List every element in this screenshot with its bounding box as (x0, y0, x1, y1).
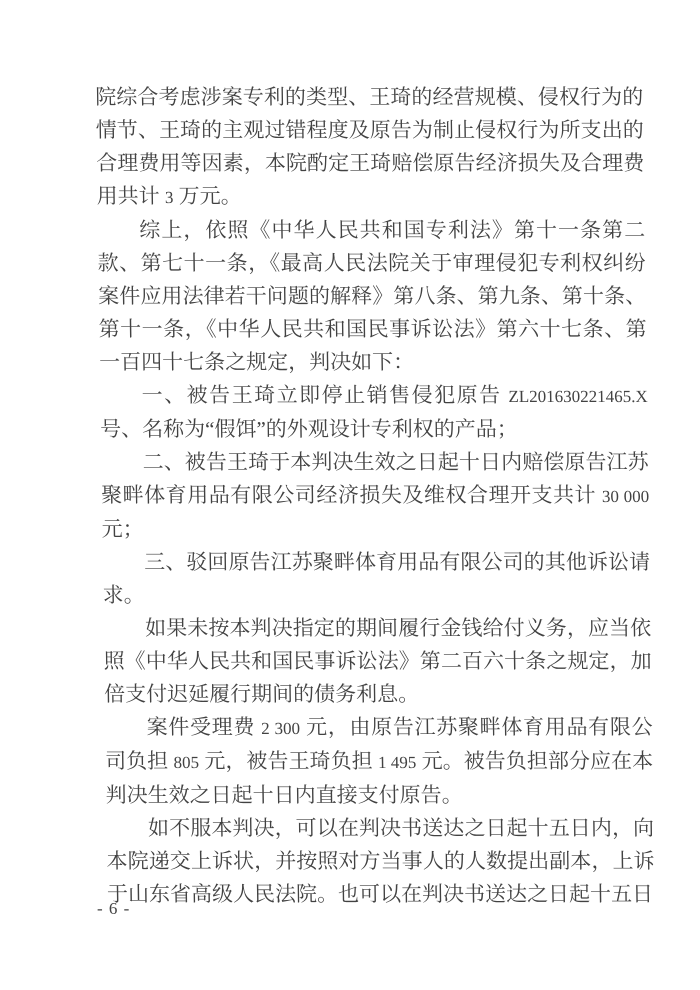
latin-run: 2 300 (261, 719, 300, 738)
paragraph: 案件受理费 2 300 元，由原告江苏聚畔体育用品有限公司负担 805 元，被告… (104, 711, 653, 812)
judgment-text-block: 院综合考虑涉案专利的类型、王琦的经营规模、侵权行为的情节、王琦的主观过错程度及原… (95, 81, 655, 911)
paragraph: 如不服本判决，可以在判决书送达之日起十五日内，向本院递交上诉状，并按照对方当事人… (106, 812, 655, 911)
latin-run: ZL201630221465.X (508, 387, 648, 406)
paragraph: 三、驳回原告江苏聚畔体育用品有限公司的其他诉讼请求。 (102, 546, 651, 612)
page-number: - 6 - (97, 899, 130, 919)
latin-run: 1 495 (378, 753, 417, 772)
paragraph: 一、被告王琦立即停止销售侵犯原告 ZL201630221465.X 号、名称为“… (99, 379, 648, 446)
paragraph: 综上，依照《中华人民共和国专利法》第十一条第二款、第七十一条，《最高人民法院关于… (97, 214, 647, 379)
latin-run: 3 (165, 188, 174, 207)
paragraph: 二、被告王琦于本判决生效之日起十日内赔偿原告江苏聚畔体育用品有限公司经济损失及维… (100, 446, 649, 546)
document-page: 院综合考虑涉案专利的类型、王琦的经营规模、侵权行为的情节、王琦的主观过错程度及原… (0, 0, 700, 990)
paragraph: 如果未按本判决指定的期间履行金钱给付义务，应当依照《中华人民共和国民事诉讼法》第… (103, 612, 652, 711)
latin-run: 30 000 (602, 487, 650, 506)
latin-run: 805 (173, 753, 199, 772)
paragraph: 院综合考虑涉案专利的类型、王琦的经营规模、侵权行为的情节、王琦的主观过错程度及原… (95, 81, 645, 214)
